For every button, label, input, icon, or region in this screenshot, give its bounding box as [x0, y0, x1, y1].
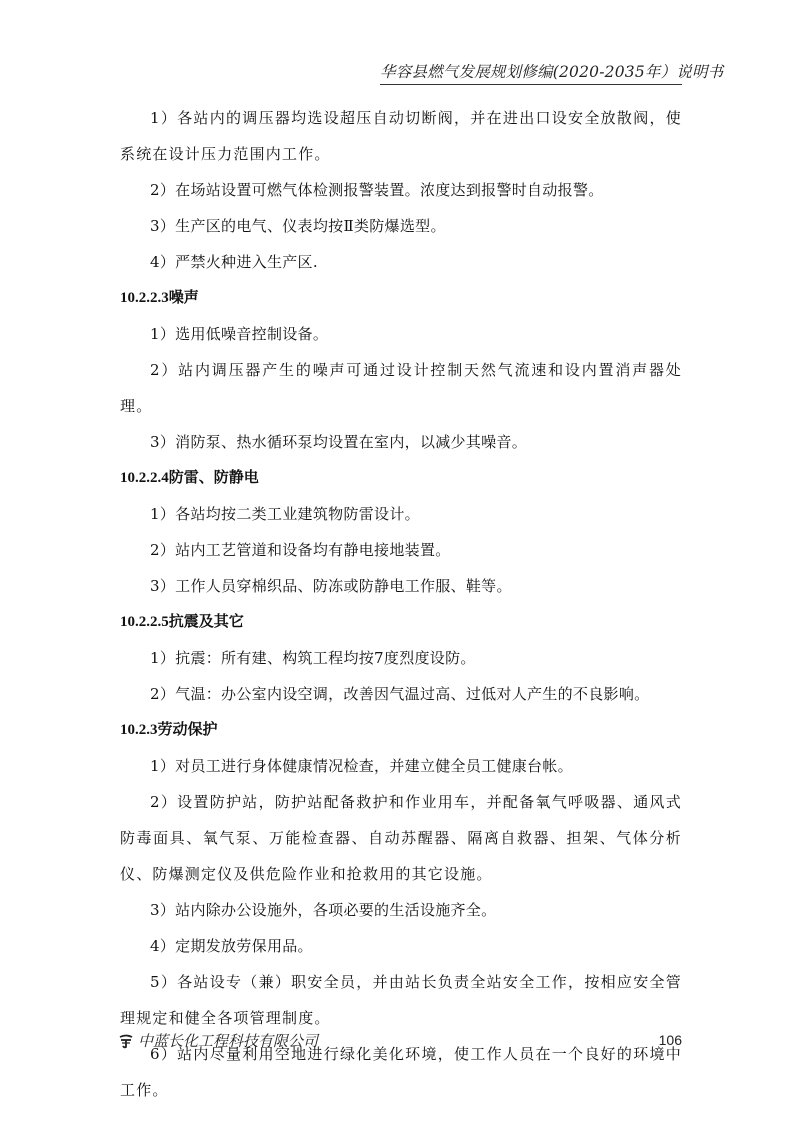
list-item: 1）各站均按二类工业建筑物防雷设计。 — [120, 496, 682, 532]
list-item: 4）严禁火种进入生产区. — [120, 244, 682, 280]
list-item: 2）设置防护站，防护站配备救护和作业用车，并配备氧气呼吸器、通风式防毒面具、氧气… — [120, 784, 682, 892]
page-content: 1）各站内的调压器均选设超压自动切断阀，并在进出口设安全放散阀，使系统在设计压力… — [120, 100, 682, 1108]
list-item: 3）站内除办公设施外，各项必要的生活设施齐全。 — [120, 892, 682, 928]
section-heading-labor: 10.2.3劳动保护 — [120, 712, 682, 748]
list-item: 2）站内工艺管道和设备均有静电接地装置。 — [120, 532, 682, 568]
list-item: 2）站内调压器产生的噪声可通过设计控制天然气流速和设内置消声器处理。 — [120, 352, 682, 424]
list-item: 2）气温：办公室内设空调，改善因气温过高、过低对人产生的不良影响。 — [120, 676, 682, 712]
page-number: 106 — [659, 1032, 682, 1048]
document-title: 华容县燃气发展规划修编(2020-2035年）说明书 — [380, 63, 723, 81]
list-item: 1）对员工进行身体健康情况检查，并建立健全员工健康台帐。 — [120, 748, 682, 784]
list-item: 1）选用低噪音控制设备。 — [120, 316, 682, 352]
list-item: 3）工作人员穿棉织品、防冻或防静电工作服、鞋等。 — [120, 568, 682, 604]
company-logo-icon — [118, 1033, 134, 1049]
page-header: 华容县燃气发展规划修编(2020-2035年）说明书 — [380, 60, 682, 85]
page-footer: 中蓝长化工程科技有限公司 106 — [118, 1030, 682, 1054]
list-item: 1）各站内的调压器均选设超压自动切断阀，并在进出口设安全放散阀，使系统在设计压力… — [120, 100, 682, 172]
list-item: 4）定期发放劳保用品。 — [120, 928, 682, 964]
list-item: 1）抗震：所有建、构筑工程均按7度烈度设防。 — [120, 640, 682, 676]
list-item: 2）在场站设置可燃气体检测报警装置。浓度达到报警时自动报警。 — [120, 172, 682, 208]
section-heading-lightning: 10.2.2.4防雷、防静电 — [120, 460, 682, 496]
list-item: 3）消防泵、热水循环泵均设置在室内，以减少其噪音。 — [120, 424, 682, 460]
section-heading-seismic: 10.2.2.5抗震及其它 — [120, 604, 682, 640]
list-item: 3）生产区的电气、仪表均按Ⅱ类防爆选型。 — [120, 208, 682, 244]
section-heading-noise: 10.2.2.3噪声 — [120, 280, 682, 316]
company-name: 中蓝长化工程科技有限公司 — [138, 1030, 318, 1051]
list-item: 5）各站设专（兼）职安全员，并由站长负责全站安全工作，按相应安全管理规定和健全各… — [120, 964, 682, 1036]
